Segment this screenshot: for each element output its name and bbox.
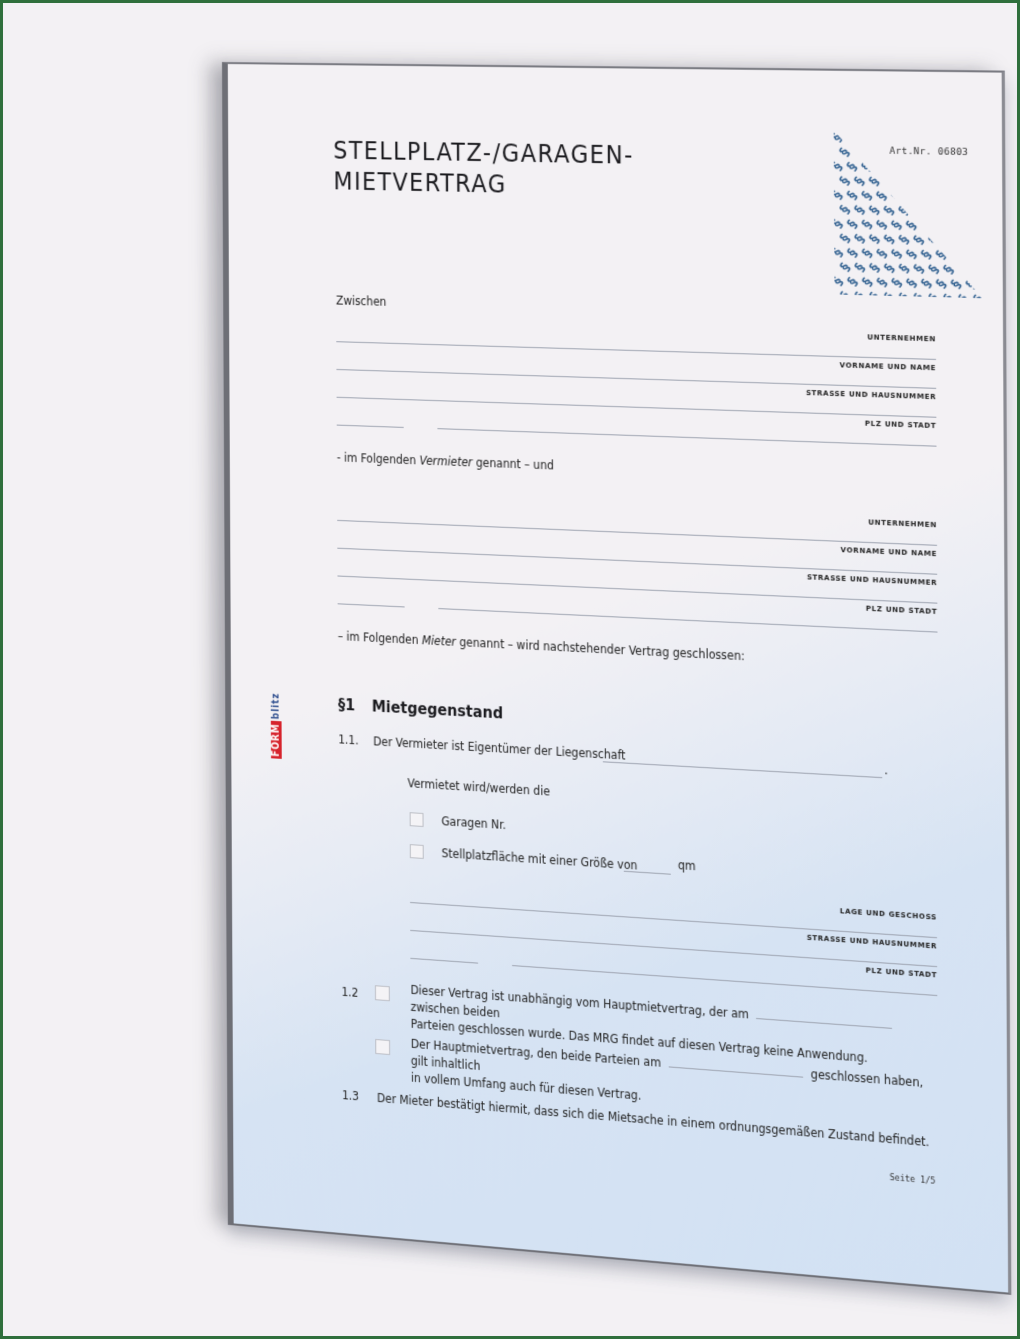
paragraph-glyph: § [947,132,965,148]
paragraph-glyph: § [896,261,914,277]
paragraph-glyph: § [970,292,982,298]
paragraph-glyph: § [844,159,862,175]
paragraph-glyph: § [910,175,928,191]
paragraph-glyph: § [918,218,936,234]
paragraph-glyph: § [881,174,899,190]
paragraph-glyph: § [873,131,891,147]
text-part: – im Folgenden [338,629,422,647]
paragraph-glyph: § [859,246,877,262]
paragraph-glyph: § [925,204,943,220]
paragraph-glyph: § [896,203,914,219]
paragraph-glyph: § [918,247,936,263]
paragraph-glyph: § [851,145,869,161]
main-contract-applies-checkbox[interactable] [375,1039,390,1055]
item-text: Der Vermieter ist Eigentümer der Liegens… [373,734,625,762]
paragraph-glyph: § [932,132,950,148]
paragraph-glyph: § [903,247,921,263]
paragraph-glyph: § [889,275,907,291]
item-1-1: 1.1. Der Vermieter ist Eigentümer der Li… [338,732,887,777]
document-page: STELLPLATZ-/GARAGEN- MIETVERTRAG §§§§§§§… [222,62,1011,1295]
paragraph-glyph: § [834,130,847,146]
paragraph-glyph: § [947,190,965,206]
paragraph-glyph: § [873,189,891,205]
paragraph-glyph: § [933,276,951,292]
paragraph-glyph: § [858,131,876,147]
independent-contract-checkbox[interactable] [375,985,390,1001]
role-term: Mieter [422,633,456,649]
paragraph-glyph: § [970,176,983,192]
paragraph-glyph: § [881,232,899,248]
field-label: PLZ UND STADT [865,418,937,430]
text-part: genannt – und [472,455,554,472]
paragraph-glyph: § [874,275,892,291]
paragraph-glyph: § [955,205,973,221]
paragraph-glyph: § [948,277,966,293]
parking-area-label: Stellplatzfläche mit einer Größe von [442,846,638,873]
document-title: STELLPLATZ-/GARAGEN- MIETVERTRAG [333,135,634,203]
field-label: UNTERNEHMEN [868,517,937,529]
paragraph-glyph: § [955,176,973,192]
paragraph-glyph: § [940,262,958,278]
formblitz-logo: FORMblitz [270,663,284,759]
unit-label: qm [678,858,696,873]
paragraph-glyph: § [859,275,877,291]
paragraph-glyph: § [933,219,951,235]
page-number: Seite 1/5 [890,1173,936,1186]
zip-input-line[interactable] [338,603,405,607]
title-line-2: MIETVERTRAG [333,165,634,202]
paragraph-glyph: § [918,160,936,176]
paragraph-glyph: § [888,131,906,147]
paragraph-glyph: § [962,190,980,206]
paragraph-glyph: § [837,173,855,189]
paragraph-glyph: § [888,218,906,234]
paragraph-glyph: § [918,189,936,205]
logo-blitz: blitz [271,692,282,721]
paragraph-glyph: § [844,130,862,146]
paragraph-glyph: § [888,246,906,262]
paragraph-glyph: § [866,174,884,190]
paragraph-glyph: § [844,188,862,204]
paragraph-glyph: § [911,261,929,277]
paragraph-glyph: § [903,189,921,205]
section-heading: §1 Mietgegenstand [338,695,503,723]
paragraph-glyph: § [940,175,958,191]
paragraph-glyph: § [852,260,870,276]
zip-input-line[interactable] [410,958,478,964]
paragraph-glyph: § [837,260,855,276]
paragraph-glyph: § [844,217,862,233]
field-label: PLZ UND STADT [866,965,938,979]
paragraph-glyph: § [844,245,862,261]
paragraph-glyph: § [918,276,936,292]
field-label: STRASSE UND HAUSNUMMER [806,388,936,401]
paragraph-glyph: § [837,202,855,218]
paragraph-glyph: § [851,202,869,218]
item-number: 1.3 [342,1088,374,1104]
paragraph-glyph: § [955,233,973,249]
paragraph-glyph: § [903,160,921,176]
paragraph-glyph: § [910,204,928,220]
item-1-2-number: 1.2 [342,985,359,1000]
paragraph-glyph: § [866,232,884,248]
parking-area-checkbox[interactable] [410,844,424,859]
paragraph-glyph: § [948,248,966,264]
section-title: Mietgegenstand [372,696,503,722]
zip-input-line[interactable] [337,425,404,428]
stage: STELLPLATZ-/GARAGEN- MIETVERTRAG §§§§§§§… [0,0,1020,1339]
tenant-role-text: – im Folgenden Mieter genannt – wird nac… [338,629,745,663]
paragraph-glyph: § [963,277,981,293]
paragraph-glyph: § [903,276,921,292]
field-label: UNTERNEHMEN [867,332,936,343]
paragraph-glyph: § [925,233,943,249]
item-number: 1.1. [338,732,370,748]
paragraph-glyph: § [866,145,884,161]
date-input-line[interactable] [756,1008,892,1029]
rented-intro: Vermietet wird/werden die [407,776,550,798]
field-label: PLZ UND STADT [866,604,938,617]
landlord-role-text: - im Folgenden Vermieter genannt – und [337,450,554,472]
field-label: VORNAME UND NAME [841,545,937,558]
paragraph-glyph: § [895,175,913,191]
paragraph-glyph: § [947,161,965,177]
section-number: §1 [338,695,355,715]
paragraph-glyph: § [970,205,983,221]
field-label: STRASSE UND HAUSNUMMER [807,572,937,587]
paragraph-glyph: § [940,233,958,249]
paragraph-glyph: § [955,262,973,278]
paragraph-glyph: § [933,190,951,206]
paragraph-glyph: § [970,263,982,279]
paragraph-glyph: § [948,219,966,235]
article-number: Art.Nr. 06803 [889,147,968,159]
paragraph-glyph: § [866,260,884,276]
paragraph-glyph: § [903,218,921,234]
paragraph-glyph: § [874,217,892,233]
city-input-line[interactable] [438,608,937,633]
paragraph-glyph: § [837,231,855,247]
paragraph-glyph: § [859,159,877,175]
garage-label: Garagen Nr. [441,814,506,832]
paragraph-glyph: § [866,203,884,219]
paragraph-glyph: § [926,262,944,278]
paragraph-glyph: § [970,234,983,250]
city-input-line[interactable] [437,428,936,447]
paragraph-glyph: § [888,189,906,205]
paragraph-glyph: § [844,274,862,290]
paragraph-glyph: § [836,145,854,161]
paragraph-glyph: § [896,232,914,248]
paragraph-glyph: § [851,174,869,190]
paragraph-glyph: § [859,188,877,204]
paragraph-glyph: § [940,204,958,220]
garage-checkbox[interactable] [410,812,424,827]
role-term: Vermieter [419,453,472,469]
paragraph-glyph: § [932,161,950,177]
intro-text: Zwischen [336,294,386,309]
paragraph-glyph: § [933,247,951,263]
paragraph-glyph: § [917,132,935,148]
field-label: LAGE UND GESCHOSS [840,906,937,922]
paragraph-glyph: § [881,203,899,219]
field-label: VORNAME UND NAME [840,360,936,372]
paragraph-glyph: § [888,160,906,176]
paragraph-glyph: § [852,231,870,247]
paragraph-glyph: § [859,217,877,233]
size-input-line[interactable] [624,871,671,875]
paragraph-glyph: § [874,246,892,262]
paragraph-glyph: § [925,175,943,191]
paragraph-glyph: § [962,132,980,148]
text-part: genannt – wird nachstehender Vertrag ges… [456,635,745,663]
logo-form: FORM [271,721,282,759]
paragraph-glyph: § [962,219,980,235]
paragraph-glyph: § [963,248,981,264]
paragraph-glyph: § [911,290,929,298]
paragraph-glyph: § [881,261,899,277]
paragraph-glyph: § [962,161,980,177]
period: . [884,763,888,778]
paragraph-glyph: § [903,131,921,147]
paragraph-glyph: § [970,147,983,163]
text-part: - im Folgenden [337,450,420,467]
paragraph-glyph: § [911,233,929,249]
paragraph-glyph: § [873,160,891,176]
